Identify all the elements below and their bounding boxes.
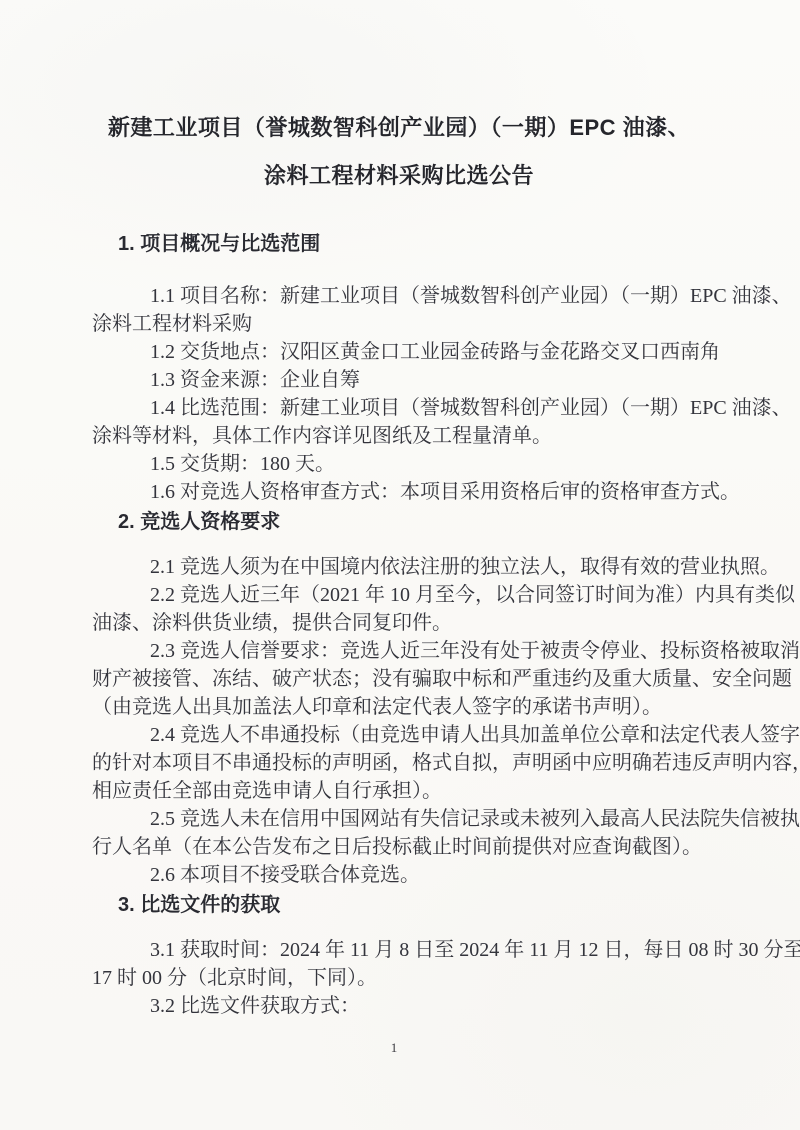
- document-content: 新建工业项目（誉城数智科创产业园）（一期）EPC 油漆、 涂料工程材料采购比选公…: [92, 0, 706, 1020]
- paragraph-line: 涂料等材料，具体工作内容详见图纸及工程量清单。: [92, 422, 706, 450]
- paragraph-line: 1.3 资金来源：企业自筹: [92, 366, 706, 394]
- paragraph: 2.6 本项目不接受联合体竞选。: [92, 861, 706, 889]
- paragraph-line: 1.1 项目名称：新建工业项目（誉城数智科创产业园）（一期）EPC 油漆、: [92, 282, 706, 310]
- section-heading: 3. 比选文件的获取: [118, 891, 706, 919]
- paragraph-line: 涂料工程材料采购: [92, 310, 706, 338]
- paragraph: 1.5 交货期：180 天。: [92, 450, 706, 478]
- section-heading: 2. 竞选人资格要求: [118, 508, 706, 536]
- document-body: 1. 项目概况与比选范围1.1 项目名称：新建工业项目（誉城数智科创产业园）（一…: [92, 230, 706, 1020]
- paragraph-line: 油漆、涂料供货业绩，提供合同复印件。: [92, 609, 706, 637]
- paragraph-line: 2.6 本项目不接受联合体竞选。: [92, 861, 706, 889]
- paragraph-line: 2.3 竞选人信誉要求：竞选人近三年没有处于被责令停业、投标资格被取消、: [92, 637, 706, 665]
- paragraph-line: （由竞选人出具加盖法人印章和法定代表人签字的承诺书声明）。: [92, 693, 706, 721]
- paragraph: 2.5 竞选人未在信用中国网站有失信记录或未被列入最高人民法院失信被执行人名单（…: [92, 805, 706, 861]
- document-title-line-2: 涂料工程材料采购比选公告: [92, 152, 706, 200]
- paragraph: 2.1 竞选人须为在中国境内依法注册的独立法人，取得有效的营业执照。: [92, 553, 706, 581]
- paragraph-line: 2.1 竞选人须为在中国境内依法注册的独立法人，取得有效的营业执照。: [92, 553, 706, 581]
- paragraph: 1.2 交货地点：汉阳区黄金口工业园金砖路与金花路交叉口西南角: [92, 338, 706, 366]
- page-footer: 1: [0, 1040, 788, 1056]
- paragraph-line: 财产被接管、冻结、破产状态；没有骗取中标和严重违约及重大质量、安全问题: [92, 665, 706, 693]
- paragraph-line: 相应责任全部由竞选申请人自行承担）。: [92, 777, 706, 805]
- paragraph-line: 1.5 交货期：180 天。: [92, 450, 706, 478]
- document-title: 新建工业项目（誉城数智科创产业园）（一期）EPC 油漆、 涂料工程材料采购比选公…: [92, 0, 706, 200]
- paragraph: 1.3 资金来源：企业自筹: [92, 366, 706, 394]
- paragraph-line: 2.5 竞选人未在信用中国网站有失信记录或未被列入最高人民法院失信被执: [92, 805, 706, 833]
- paragraph: 1.1 项目名称：新建工业项目（誉城数智科创产业园）（一期）EPC 油漆、涂料工…: [92, 282, 706, 338]
- document-title-line-1: 新建工业项目（誉城数智科创产业园）（一期）EPC 油漆、: [92, 104, 706, 152]
- section-heading: 1. 项目概况与比选范围: [118, 230, 706, 258]
- paragraph: 2.3 竞选人信誉要求：竞选人近三年没有处于被责令停业、投标资格被取消、财产被接…: [92, 637, 706, 721]
- paragraph: 1.6 对竞选人资格审查方式：本项目采用资格后审的资格审查方式。: [92, 478, 706, 506]
- paragraph-line: 3.2 比选文件获取方式：: [92, 992, 706, 1020]
- paragraph-line: 2.4 竞选人不串通投标（由竞选申请人出具加盖单位公章和法定代表人签字: [92, 721, 706, 749]
- document-page: 新建工业项目（誉城数智科创产业园）（一期）EPC 油漆、 涂料工程材料采购比选公…: [0, 0, 800, 1130]
- paragraph: 2.2 竞选人近三年（2021 年 10 月至今，以合同签订时间为准）内具有类似…: [92, 581, 706, 637]
- paragraph: 2.4 竞选人不串通投标（由竞选申请人出具加盖单位公章和法定代表人签字的针对本项…: [92, 721, 706, 805]
- paragraph-line: 1.4 比选范围：新建工业项目（誉城数智科创产业园）（一期）EPC 油漆、: [92, 394, 706, 422]
- paragraph-line: 2.2 竞选人近三年（2021 年 10 月至今，以合同签订时间为准）内具有类似: [92, 581, 706, 609]
- page-number: 1: [391, 1040, 398, 1055]
- paragraph-line: 3.1 获取时间：2024 年 11 月 8 日至 2024 年 11 月 12…: [92, 936, 706, 964]
- paragraph: 3.2 比选文件获取方式：: [92, 992, 706, 1020]
- paragraph: 3.1 获取时间：2024 年 11 月 8 日至 2024 年 11 月 12…: [92, 936, 706, 992]
- paragraph-line: 1.2 交货地点：汉阳区黄金口工业园金砖路与金花路交叉口西南角: [92, 338, 706, 366]
- paragraph-line: 行人名单（在本公告发布之日后投标截止时间前提供对应查询截图）。: [92, 833, 706, 861]
- paragraph-line: 1.6 对竞选人资格审查方式：本项目采用资格后审的资格审查方式。: [92, 478, 706, 506]
- paragraph: 1.4 比选范围：新建工业项目（誉城数智科创产业园）（一期）EPC 油漆、涂料等…: [92, 394, 706, 450]
- paragraph-line: 的针对本项目不串通投标的声明函，格式自拟，声明函中应明确若违反声明内容，: [92, 749, 706, 777]
- paragraph-line: 17 时 00 分（北京时间，下同）。: [92, 964, 706, 992]
